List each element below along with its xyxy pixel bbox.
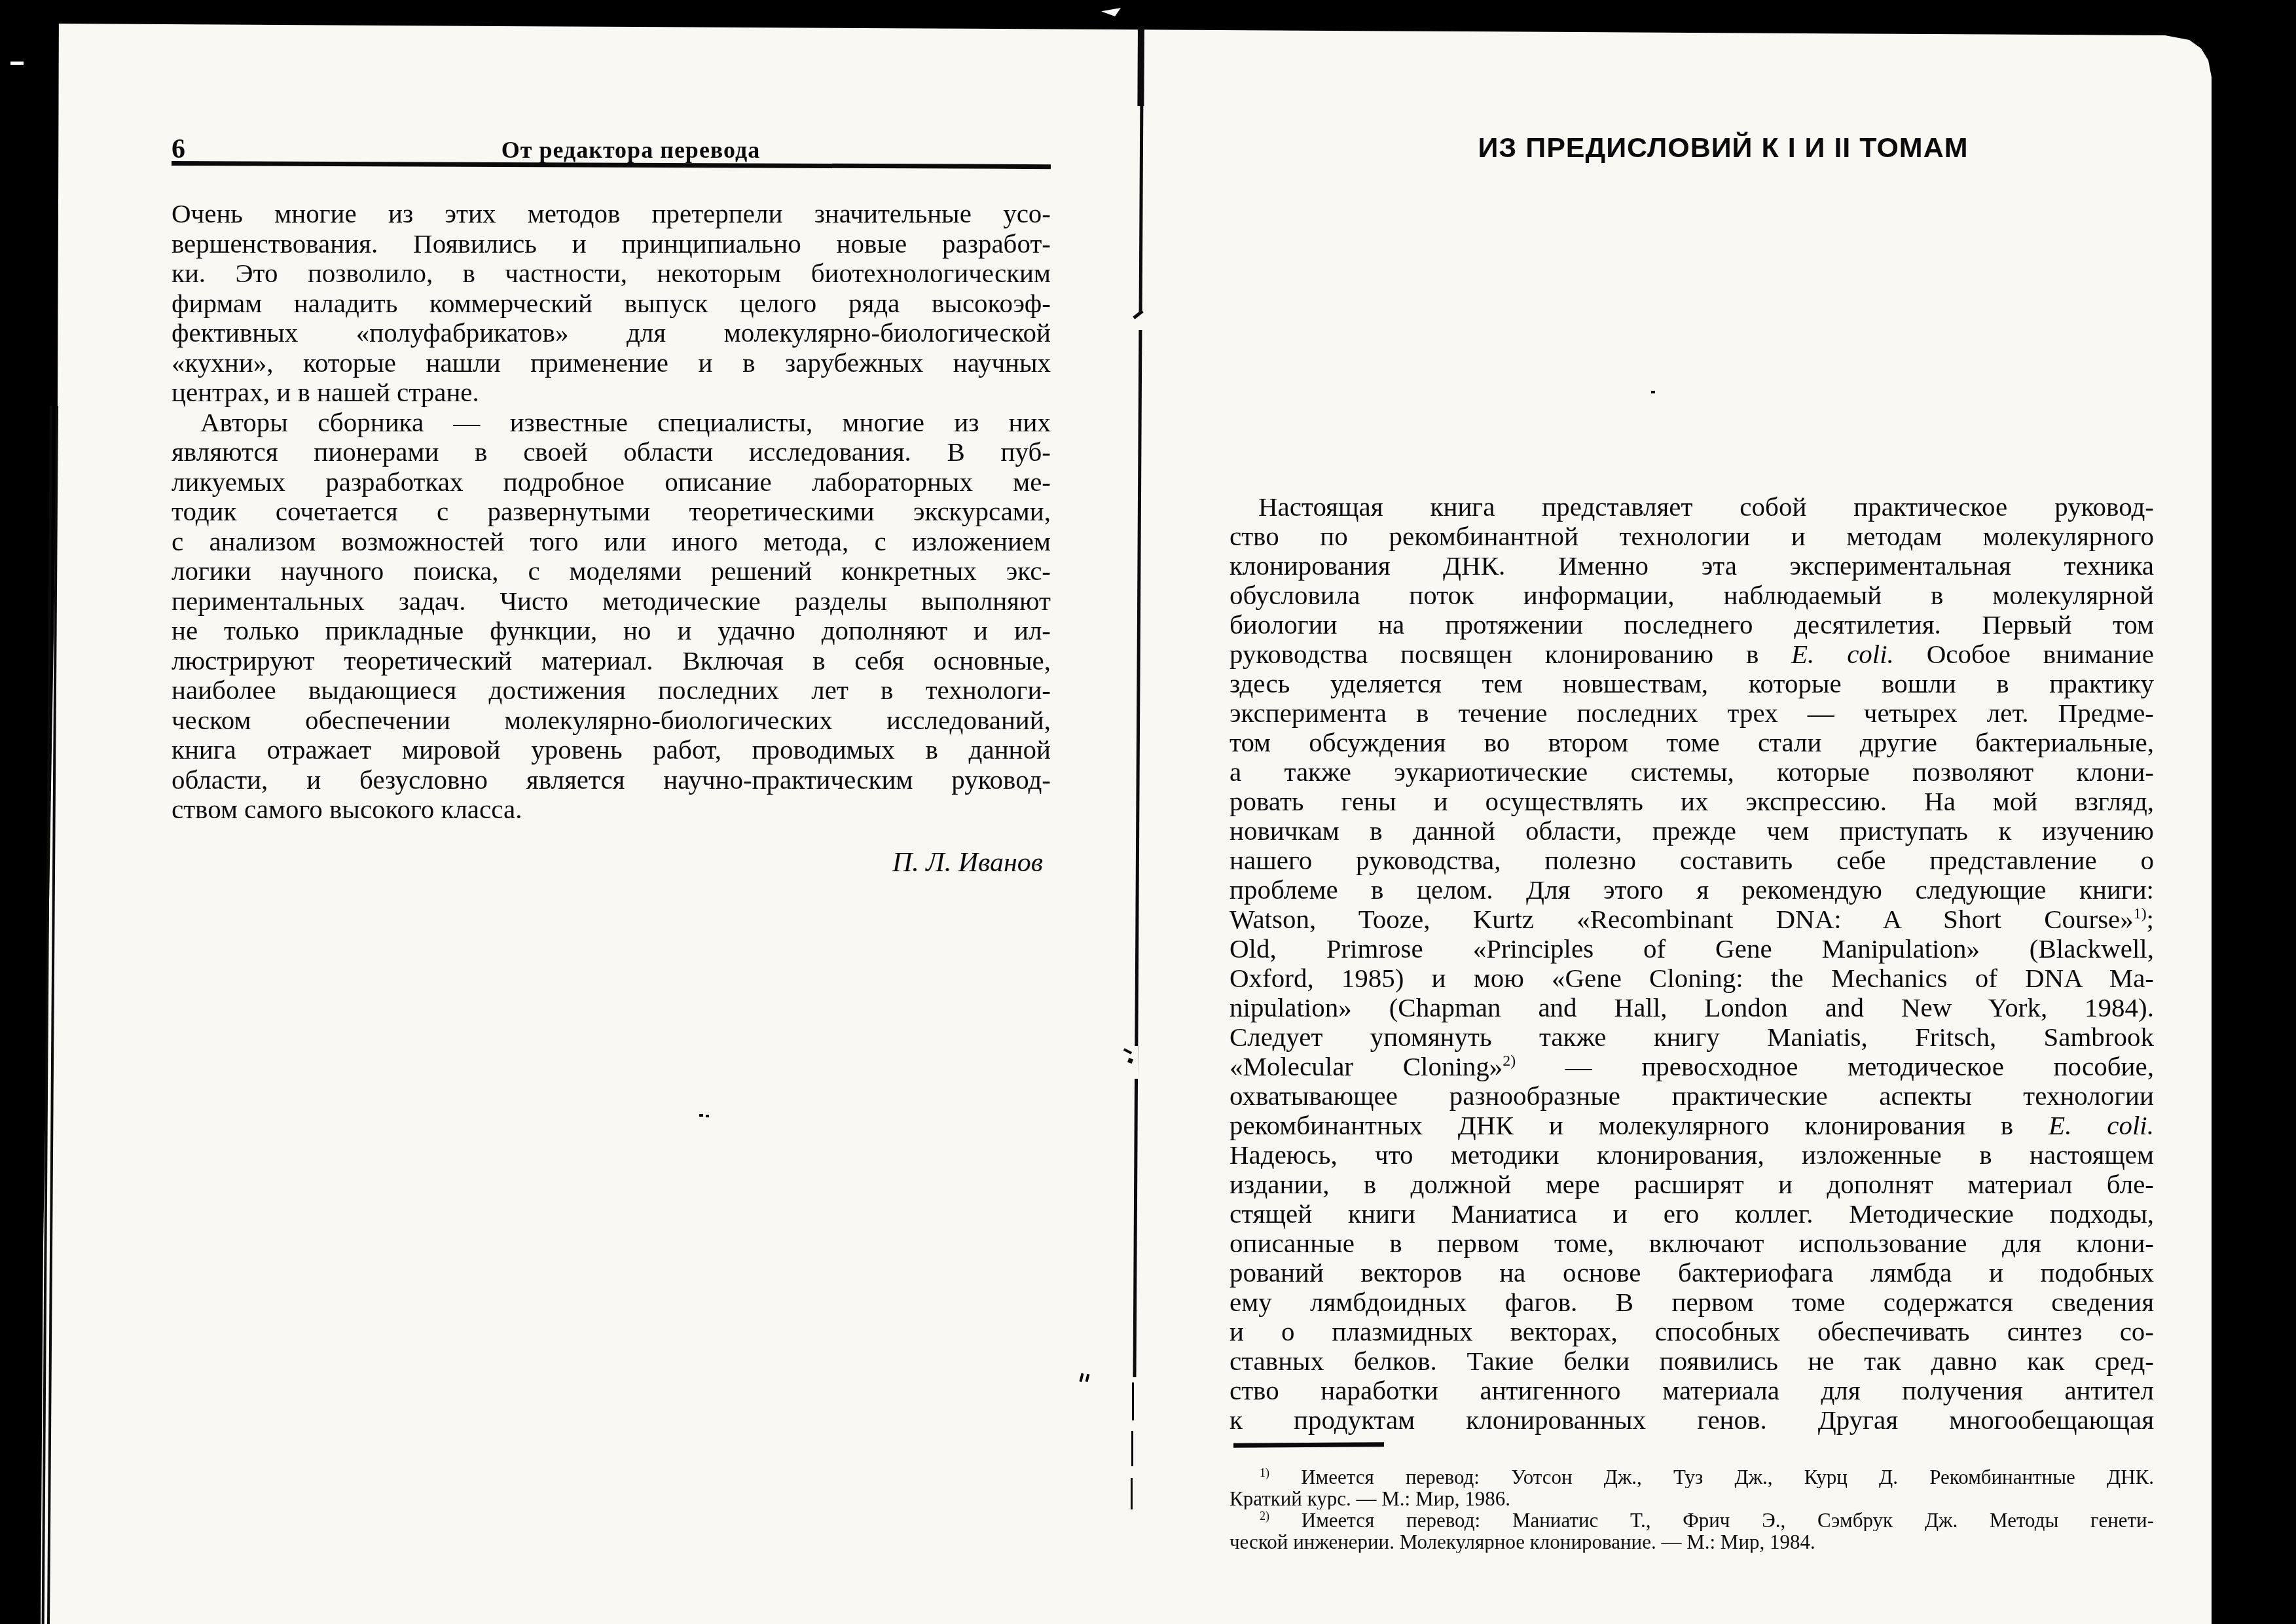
text-line: центрах, и в нашей стране.: [172, 378, 1051, 408]
text-line: ставных белков. Такие белки появились не…: [1230, 1346, 2154, 1376]
text-line: тодик сочетается с развернутыми теоретич…: [172, 497, 1051, 527]
text-line: проблеме в целом. Для этого я рекомендую…: [1230, 875, 2154, 905]
text-line: обусловила поток информации, наблюдаемый…: [1230, 581, 2154, 610]
text-line: а также эукариотические системы, которые…: [1230, 757, 2154, 787]
text-line: руководства посвящен клонированию в E. c…: [1230, 640, 2154, 669]
text-line: логики научного поиска, с моделями решен…: [172, 556, 1051, 586]
text-line: к продуктам клонированных генов. Другая …: [1230, 1405, 2154, 1435]
text-line: вершенствования. Появились и принципиаль…: [172, 229, 1051, 259]
text-line: книга отражает мировой уровень работ, пр…: [172, 735, 1051, 765]
text-line: и о плазмидных векторах, способных обесп…: [1230, 1317, 2154, 1346]
footnotes: 1) Имеется перевод: Уотсон Дж., Туз Дж.,…: [1230, 1466, 2154, 1553]
text-line: с анализом возможностей того или иного м…: [172, 527, 1051, 557]
left-running-header: От редактора перевода: [191, 136, 1070, 164]
text-line: Краткий курс. — М.: Мир, 1986.: [1230, 1488, 2154, 1509]
text-line: ством самого высокого класса.: [172, 795, 1051, 825]
right-body-text: Настоящая книга представляет собой практ…: [1230, 492, 2154, 1435]
text-line: nipulation» (Chapman and Hall, London an…: [1230, 993, 2154, 1022]
text-line: охватывающее разнообразные практические …: [1230, 1081, 2154, 1111]
text-line: 2) Имеется перевод: Маниатис Т., Фрич Э.…: [1230, 1509, 2154, 1531]
text-line: том обсуждения во втором томе стали друг…: [1230, 728, 2154, 757]
text-line: Настоящая книга представляет собой практ…: [1230, 492, 2154, 522]
text-line: ки. Это позволило, в частности, некоторы…: [172, 259, 1051, 289]
text-line: стящей книги Маниатиса и его коллег. Мет…: [1230, 1199, 2154, 1229]
text-line: ческой инженерии. Молекулярное клонирова…: [1230, 1531, 2154, 1553]
text-line: ство по рекомбинантной технологии и мето…: [1230, 522, 2154, 551]
right-chapter-header: ИЗ ПРЕДИСЛОВИЙ К I И II ТОМАМ: [1261, 132, 2185, 164]
text-line: Авторы сборника — известные специалисты,…: [172, 408, 1051, 438]
text-line: эксперимента в течение последних трех — …: [1230, 698, 2154, 728]
page-number: 6: [172, 134, 185, 165]
text-line: ему лямбдоидных фагов. В первом томе сод…: [1230, 1288, 2154, 1317]
text-line: ство наработки антигенного материала для…: [1230, 1376, 2154, 1405]
left-body-text: Очень многие из этих методов претерпели …: [172, 199, 1051, 825]
text-line: рований векторов на основе бактериофага …: [1230, 1258, 2154, 1288]
text-line: Old, Primrose «Principles of Gene Manipu…: [1230, 934, 2154, 964]
text-line: Надеюсь, что методики клонирования, изло…: [1230, 1140, 2154, 1170]
text-line: фирмам наладить коммерческий выпуск цело…: [172, 289, 1051, 319]
scan-speck-white: [1101, 8, 1121, 16]
gutter-line-tail: [1131, 1431, 1133, 1466]
scan-speck-white: [10, 62, 24, 65]
text-line: здесь уделяется тем новшествам, которые …: [1230, 669, 2154, 698]
text-line: описанные в первом томе, включают исполь…: [1230, 1229, 2154, 1258]
text-line: биологии на протяжении последнего десяти…: [1230, 610, 2154, 640]
gutter-line-top: [1137, 26, 1144, 106]
text-line: «кухни», которые нашли применение и в за…: [172, 348, 1051, 378]
text-line: являются пионерами в своей области иссле…: [172, 437, 1051, 467]
text-line: 1) Имеется перевод: Уотсон Дж., Туз Дж.,…: [1230, 1466, 2154, 1488]
text-line: «Molecular Cloning»2) — превосходное мет…: [1230, 1052, 2154, 1081]
text-line: наиболее выдающиеся достижения последних…: [172, 676, 1051, 706]
text-line: клонирования ДНК. Именно эта эксперимент…: [1230, 551, 2154, 581]
editor-signature: П. Л. Иванов: [172, 847, 1051, 878]
scan-speck: [706, 1115, 709, 1117]
text-line: издании, в должной мере расширят и допол…: [1230, 1170, 2154, 1199]
text-line: ровать гены и осуществлять их экспрессию…: [1230, 787, 2154, 816]
scan-speck: [1651, 391, 1655, 393]
text-line: нашего руководства, полезно составить се…: [1230, 846, 2154, 875]
scan-speck: [699, 1114, 703, 1117]
text-line: люстрируют теоретический материал. Включ…: [172, 646, 1051, 676]
gutter-line-tail: [1132, 1382, 1134, 1420]
text-line: периментальных задач. Чисто методические…: [172, 586, 1051, 617]
text-line: не только прикладные функции, но и удачн…: [172, 616, 1051, 646]
text-line: Watson, Tooze, Kurtz «Recombinant DNA: A…: [1230, 905, 2154, 934]
text-line: Очень многие из этих методов претерпели …: [172, 199, 1051, 229]
text-line: Следует упомянуть также книгу Maniatis, …: [1230, 1022, 2154, 1052]
text-line: ческом обеспечении молекулярно-биологиче…: [172, 706, 1051, 736]
book-scan-spread: 6 От редактора перевода Очень многие из …: [0, 0, 2296, 1624]
text-line: ликуемых разработках подробное описание …: [172, 467, 1051, 497]
gutter-line-tail: [1131, 1478, 1133, 1509]
text-line: фективных «полуфабрикатов» для молекуляр…: [172, 318, 1051, 348]
text-line: области, и безусловно является научно-пр…: [172, 765, 1051, 795]
text-line: рекомбинантных ДНК и молекулярного клони…: [1230, 1111, 2154, 1140]
text-line: Oxford, 1985) и мою «Gene Cloning: the M…: [1230, 964, 2154, 993]
text-line: новичкам в данной области, прежде чем пр…: [1230, 816, 2154, 846]
